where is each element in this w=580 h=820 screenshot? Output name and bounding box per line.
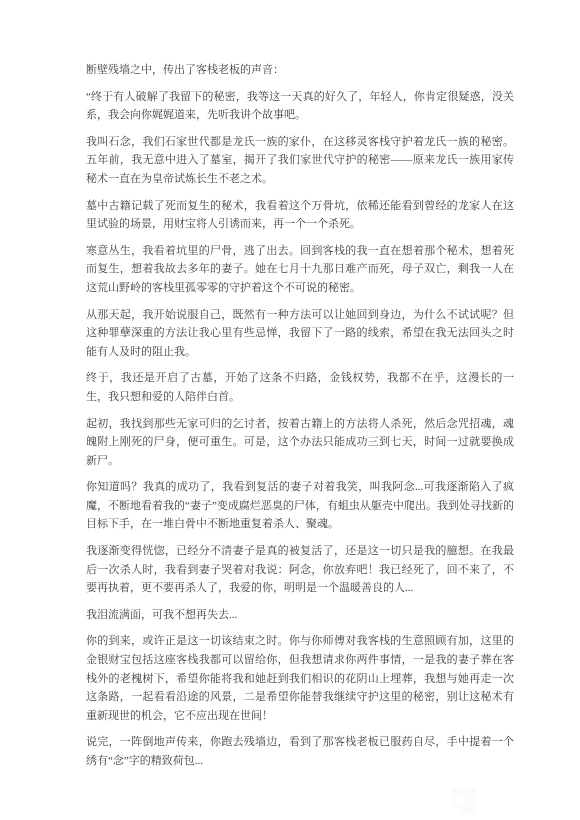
story-paragraph: 我泪流满面，可我不想再失去... [86, 606, 514, 625]
watermark-logo [452, 788, 482, 816]
story-paragraph: 寒意丛生，我看着坑里的尸骨，逃了出去。回到客栈的我一直在想着那个秘术，想着死而复… [86, 242, 514, 298]
story-paragraph: 我逐渐变得恍惚，已经分不清妻子是真的被复活了，还是这一切只是我的臆想。在我最后一… [86, 542, 514, 598]
story-paragraph: 断壁残墙之中，传出了客栈老板的声音： [86, 61, 514, 80]
story-paragraph: 从那天起，我开始说服自己，既然有一种方法可以让她回到身边，为什么不试试呢？但这种… [86, 306, 514, 362]
document-page: 断壁残墙之中，传出了客栈老板的声音： “终于有人破解了我留下的秘密，我等这一天真… [0, 0, 580, 820]
story-paragraph: 墓中古籍记载了死而复生的秘术，我看着这个万骨坑，依稀还能看到曾经的龙家人在这里试… [86, 197, 514, 234]
story-paragraph: 终于，我还是开启了古墓，开始了这条不归路，金钱权势，我都不在乎，这漫长的一生，我… [86, 369, 514, 406]
story-paragraph: 我叫石念，我们石家世代都是龙氏一族的家仆，在这移灵客栈守护着龙氏一族的秘密。五年… [86, 133, 514, 189]
story-paragraph: 你的到来，或许正是这一切该结束之时。你与你师傅对我客栈的生意照顾有加，这里的金银… [86, 632, 514, 725]
watermark-shape [456, 794, 463, 806]
story-text-block: 断壁残墙之中，传出了客栈老板的声音： “终于有人破解了我留下的秘密，我等这一天真… [86, 61, 514, 779]
story-paragraph: 说完，一阵倒地声传来，你跑去残墙边，看到了那客栈老板已服药自尽，手中提着一个绣有… [86, 733, 514, 770]
story-paragraph: 起初，我找到那些无家可归的乞讨者，按着古籍上的方法将人杀死，然后念咒招魂，魂魄附… [86, 415, 514, 471]
story-paragraph: “终于有人破解了我留下的秘密，我等这一天真的好久了，年轻人，你肯定很疑惑，没关系… [86, 88, 514, 125]
story-paragraph: 你知道吗？我真的成功了，我看到复活的妻子对着我笑，叫我阿念...可我逐渐陷入了疯… [86, 478, 514, 534]
